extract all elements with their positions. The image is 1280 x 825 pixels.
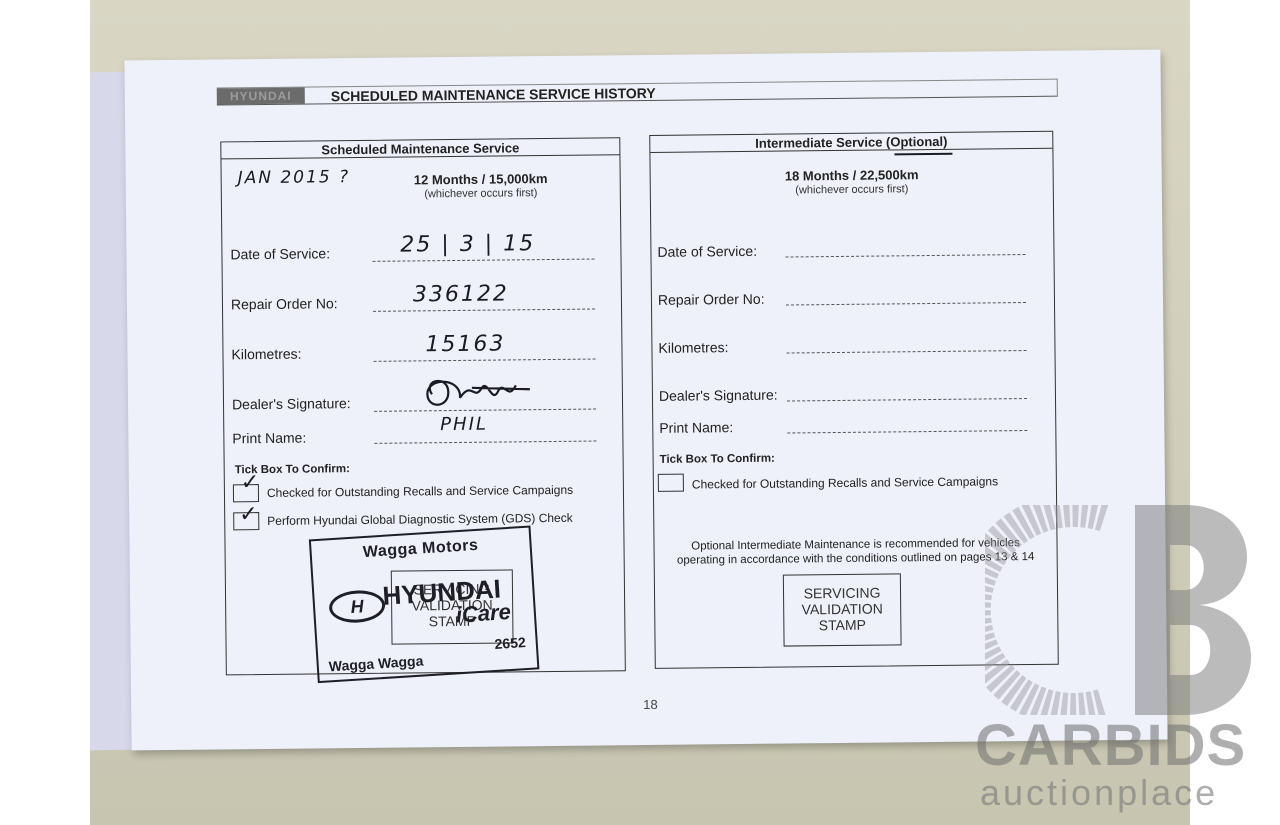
scheduled-service-title: Scheduled Maintenance Service — [221, 138, 619, 159]
int-repair-order-label: Repair Order No: — [658, 291, 765, 308]
handwritten-note: JAN 2015 ? — [238, 167, 351, 188]
int-date-of-service-line[interactable] — [786, 254, 1026, 258]
scheduled-interval-note: (whichever occurs first) — [342, 186, 620, 201]
recalls-check-mark: ✓ — [241, 472, 260, 492]
watermark-brand: CARBIDS — [975, 712, 1246, 779]
optional-underline — [894, 153, 952, 156]
stamp-line: VALIDATION — [784, 600, 900, 617]
int-kilometres-label: Kilometres: — [658, 339, 728, 356]
gds-check-mark: ✓ — [239, 504, 258, 524]
stamp-line: STAMP — [784, 616, 900, 633]
date-of-service-value[interactable]: 25 | 3 | 15 — [400, 231, 535, 257]
stamp-line: SERVICING — [784, 584, 900, 601]
int-repair-order-line[interactable] — [786, 302, 1026, 306]
dealer-town: Wagga Wagga — [328, 653, 423, 675]
dealer-program: iCare — [455, 599, 512, 628]
dealer-postcode: 2652 — [494, 634, 526, 652]
int-recalls-checkbox[interactable] — [658, 474, 684, 492]
brand-badge: HYUNDAI — [217, 88, 305, 105]
repair-order-label: Repair Order No: — [231, 295, 338, 312]
scheduled-interval: 12 Months / 15,000km — [342, 170, 620, 188]
carbids-logo-icon — [985, 505, 1255, 715]
page-number: 18 — [643, 697, 658, 712]
int-print-name-line[interactable] — [787, 430, 1027, 434]
print-name-line — [374, 441, 596, 444]
dealer-stamp: Wagga Motors H HYUNDAI iCare 2652 Wagga … — [309, 526, 540, 684]
date-of-service-label: Date of Service: — [230, 245, 330, 262]
repair-order-value[interactable]: 336122 — [413, 281, 509, 307]
hyundai-logo-icon: H — [328, 589, 386, 624]
dealer-signature-label: Dealer's Signature: — [232, 395, 351, 412]
page-header: HYUNDAI SCHEDULED MAINTENANCE SERVICE HI… — [217, 79, 1058, 106]
page-title: SCHEDULED MAINTENANCE SERVICE HISTORY — [331, 84, 656, 105]
int-dealer-signature-label: Dealer's Signature: — [659, 387, 778, 404]
int-kilometres-line[interactable] — [787, 350, 1027, 354]
kilometres-value[interactable]: 15163 — [425, 331, 505, 357]
intermediate-stamp-placeholder: SERVICING VALIDATION STAMP — [783, 573, 902, 646]
date-of-service-line — [373, 259, 595, 262]
int-tick-box-title: Tick Box To Confirm: — [660, 453, 775, 466]
watermark-tagline: auctionplace — [980, 772, 1218, 814]
print-name-label: Print Name: — [232, 430, 306, 447]
intermediate-service-title: Intermediate Service (Optional) — [650, 132, 1052, 153]
kilometres-line — [374, 359, 596, 362]
int-recalls-checkbox-label: Checked for Outstanding Recalls and Serv… — [692, 474, 998, 491]
int-date-of-service-label: Date of Service: — [657, 243, 757, 260]
repair-order-line — [373, 309, 595, 312]
dealer-signature-scribble[interactable] — [412, 371, 542, 414]
print-name-value[interactable]: PHIL — [440, 414, 488, 435]
int-dealer-signature-line[interactable] — [787, 398, 1027, 402]
int-print-name-label: Print Name: — [659, 419, 733, 436]
recalls-checkbox-label: Checked for Outstanding Recalls and Serv… — [267, 483, 573, 500]
kilometres-label: Kilometres: — [231, 346, 301, 363]
dealer-name: Wagga Motors — [311, 534, 530, 566]
